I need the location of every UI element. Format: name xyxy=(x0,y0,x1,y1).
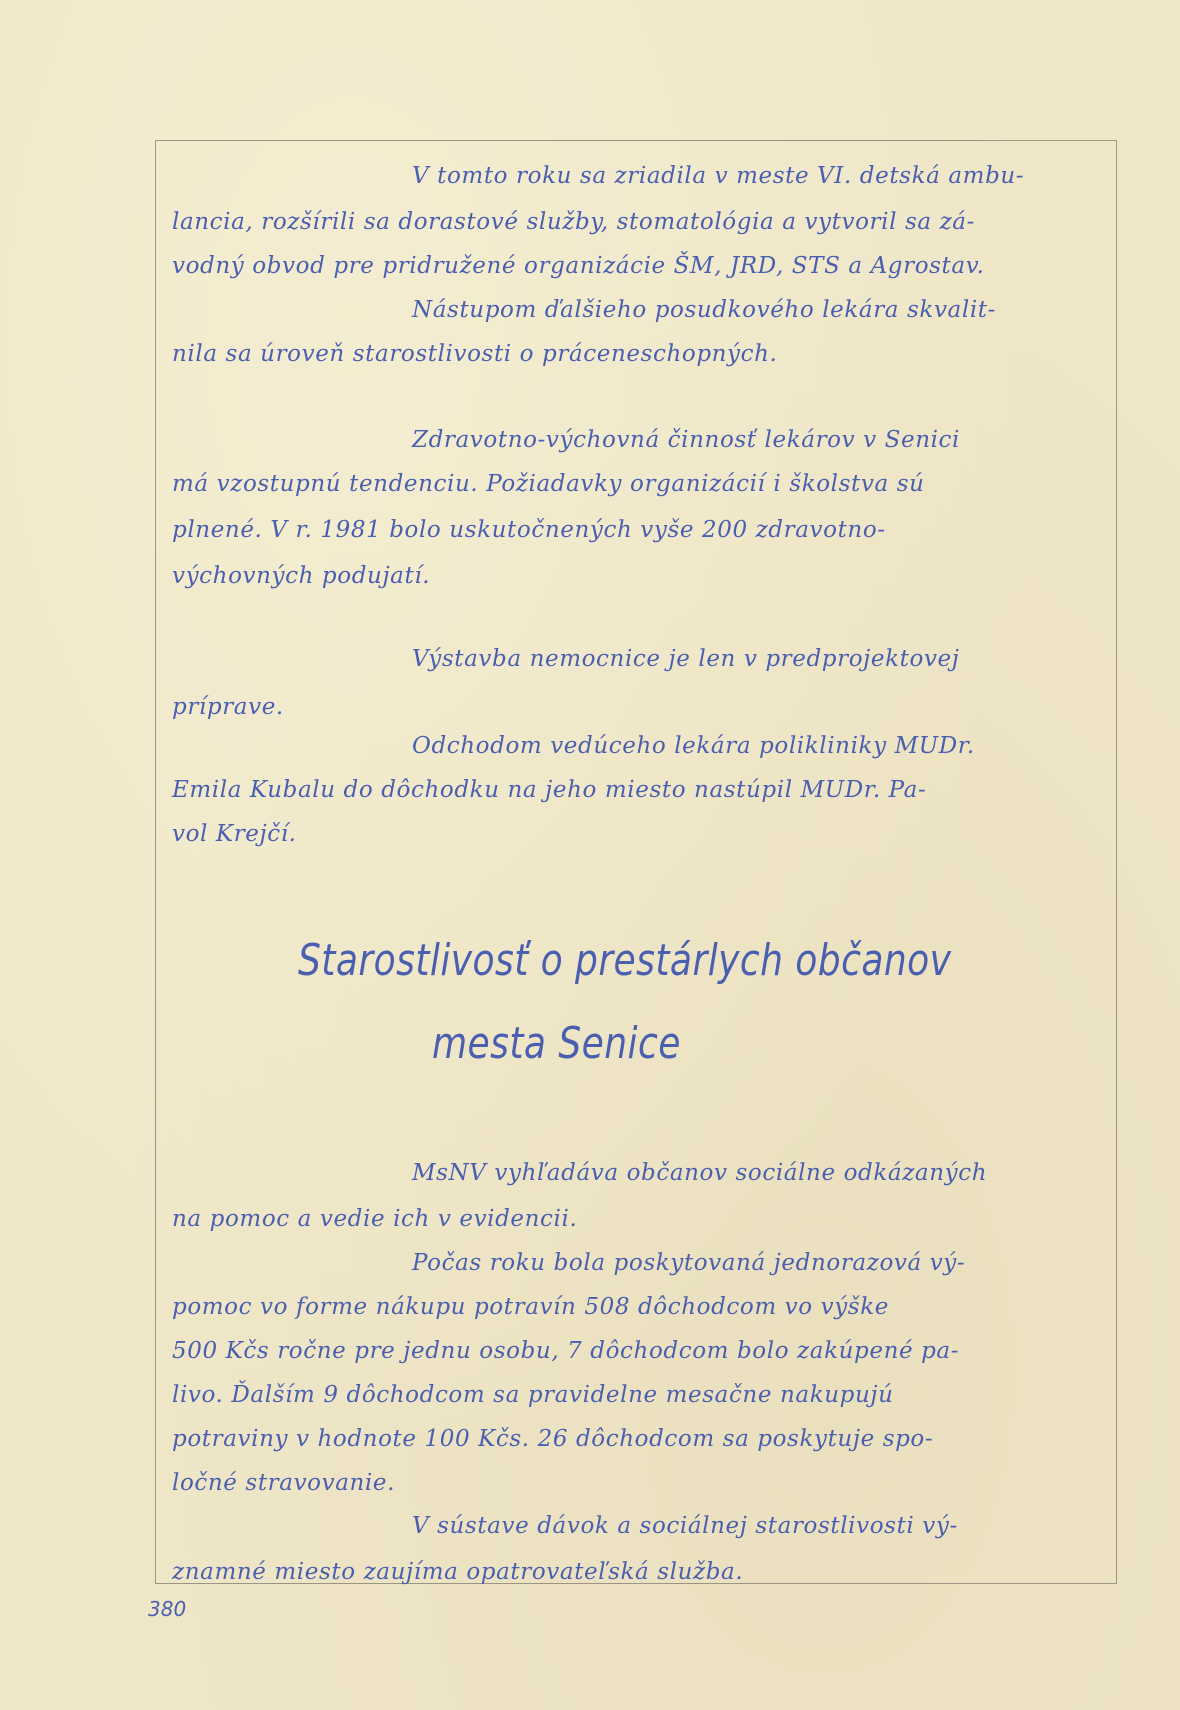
text-line: Emila Kubalu do dôchodku na jeho miesto … xyxy=(172,777,926,803)
section-heading-line-2: mesta Senice xyxy=(432,1018,681,1069)
text-line: lancia, rozšírili sa dorastové služby, s… xyxy=(172,209,975,235)
page-number: 380 xyxy=(148,1597,186,1621)
text-line: V sústave dávok a sociálnej starostlivos… xyxy=(412,1513,958,1539)
text-line: vol Krejčí. xyxy=(172,821,297,847)
text-line: pomoc vo forme nákupu potravín 508 dôcho… xyxy=(172,1294,889,1320)
text-line: znamné miesto zaujíma opatrovateľská slu… xyxy=(172,1559,743,1585)
text-line: ločné stravovanie. xyxy=(172,1470,395,1496)
text-line: Počas roku bola poskytovaná jednorazová … xyxy=(412,1250,965,1276)
text-line: plnené. V r. 1981 bolo uskutočnených vyš… xyxy=(172,517,886,543)
text-line: vodný obvod pre pridružené organizácie Š… xyxy=(172,253,984,279)
text-line: Odchodom vedúceho lekára polikliniky MUD… xyxy=(412,733,975,759)
text-line: má vzostupnú tendenciu. Požiadavky organ… xyxy=(172,471,925,497)
text-line: potraviny v hodnote 100 Kčs. 26 dôchodco… xyxy=(172,1426,933,1452)
text-line: V tomto roku sa zriadila v meste VI. det… xyxy=(412,163,1024,189)
text-line: Nástupom ďalšieho posudkového lekára skv… xyxy=(412,297,996,323)
section-heading-line-1: Starostlivosť o prestárlych občanov xyxy=(298,935,951,986)
text-line: MsNV vyhľadáva občanov sociálne odkázaný… xyxy=(412,1160,987,1186)
text-line: 500 Kčs ročne pre jednu osobu, 7 dôchodc… xyxy=(172,1338,959,1364)
text-line: výchovných podujatí. xyxy=(172,563,430,589)
text-line: livo. Ďalším 9 dôchodcom sa pravidelne m… xyxy=(172,1382,894,1408)
text-line: nila sa úroveň starostlivosti o prácenes… xyxy=(172,341,777,367)
text-line: Výstavba nemocnice je len v predprojekto… xyxy=(412,646,959,672)
text-line: na pomoc a vedie ich v evidencii. xyxy=(172,1206,577,1232)
text-line: príprave. xyxy=(172,694,284,720)
text-line: Zdravotno-výchovná činnosť lekárov v Sen… xyxy=(412,427,960,453)
